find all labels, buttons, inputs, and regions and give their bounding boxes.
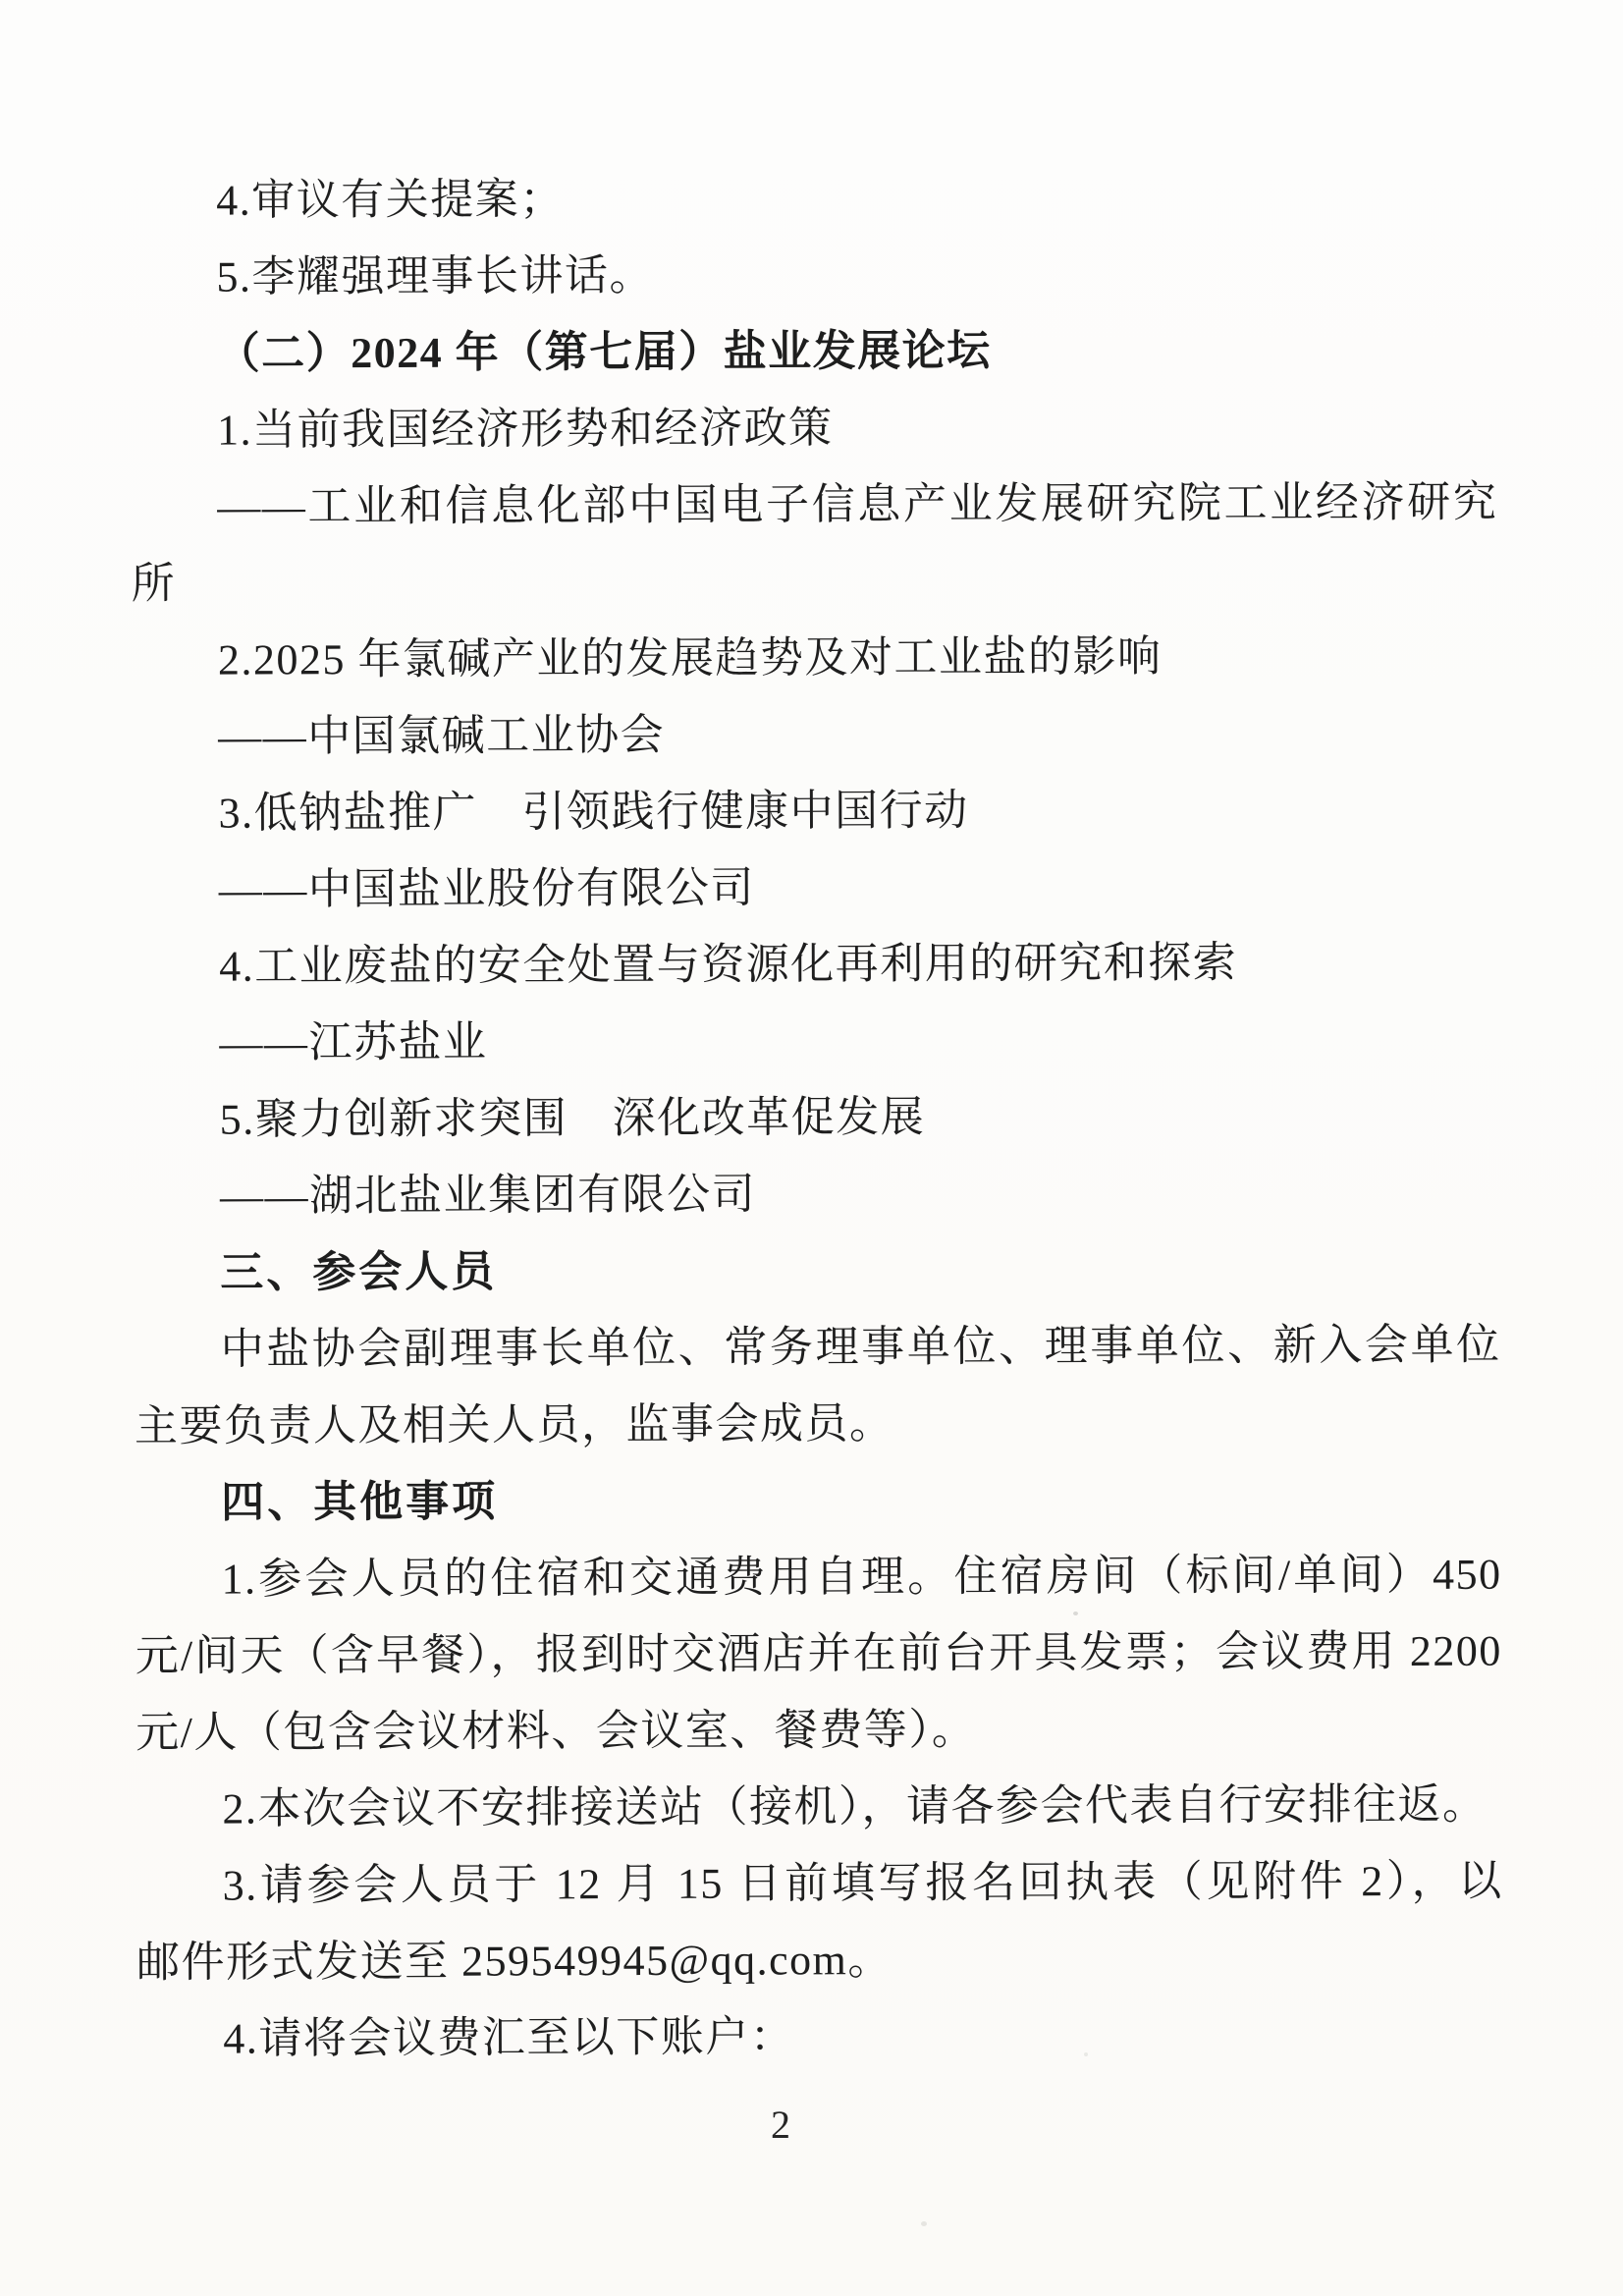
document-page: 4.审议有关提案；5.李耀强理事长讲话。（二）2024 年（第七届）盐业发展论坛… (0, 0, 1623, 2296)
forum-topic: 5.聚力创新求突围 深化改革促发展 (134, 1077, 1500, 1159)
agenda-item: 4.审议有关提案； (130, 158, 1496, 240)
forum-presenter: ——中国氯碱工业协会 (132, 694, 1498, 776)
forum-topic: 4.工业废盐的安全处置与资源化再利用的研究和探索 (133, 924, 1499, 1006)
section-heading: 三、参会人员 (134, 1230, 1500, 1312)
section-heading: 四、其他事项 (135, 1460, 1501, 1542)
notice-item: 4.请将会议费汇至以下账户： (136, 1996, 1503, 2078)
scan-speck (921, 2221, 927, 2226)
scan-speck (1084, 2052, 1088, 2056)
agenda-item: 5.李耀强理事长讲话。 (130, 235, 1496, 316)
forum-presenter-wrap: 所 (131, 541, 1497, 623)
forum-topic: 3.低钠盐推广 引领践行健康中国行动 (132, 771, 1498, 852)
forum-presenter: ——中国盐业股份有限公司 (133, 847, 1499, 929)
notice-item: 2.本次会议不安排接送站（接机），请各参会代表自行安排往返。 (135, 1767, 1502, 1848)
scan-speck (1073, 1612, 1078, 1615)
body-text-wrap: 主要负责人及相关人员，监事会成员。 (135, 1384, 1501, 1465)
notice-item: 1.参会人员的住宿和交通费用自理。住宿房间（标间/单间）450 (135, 1537, 1501, 1618)
page-number: 2 (756, 2105, 805, 2145)
forum-topic: 1.当前我国经济形势和经济政策 (131, 388, 1497, 469)
notice-item: 3.请参会人员于 12 月 15 日前填写报名回执表（见附件 2），以 (136, 1843, 1503, 1925)
notice-item-wrap: 元/人（包含会议材料、会议室、餐费等）。 (135, 1690, 1502, 1772)
forum-presenter: ——工业和信息化部中国电子信息产业发展研究院工业经济研究 (131, 465, 1497, 546)
forum-topic: 2.2025 年氯碱产业的发展趋势及对工业盐的影响 (132, 618, 1498, 699)
section-heading: （二）2024 年（第七届）盐业发展论坛 (131, 311, 1497, 393)
notice-item-wrap: 邮件形式发送至 259549945@qq.com。 (136, 1920, 1503, 2001)
forum-presenter: ——湖北盐业集团有限公司 (134, 1154, 1500, 1235)
document-body: 4.审议有关提案；5.李耀强理事长讲话。（二）2024 年（第七届）盐业发展论坛… (130, 158, 1503, 2078)
notice-item-wrap: 元/间天（含早餐），报到时交酒店并在前台开具发票；会议费用 2200 (135, 1613, 1502, 1695)
body-text: 中盐协会副理事长单位、常务理事单位、理事单位、新入会单位 (134, 1307, 1500, 1389)
forum-presenter: ——江苏盐业 (133, 1001, 1499, 1082)
